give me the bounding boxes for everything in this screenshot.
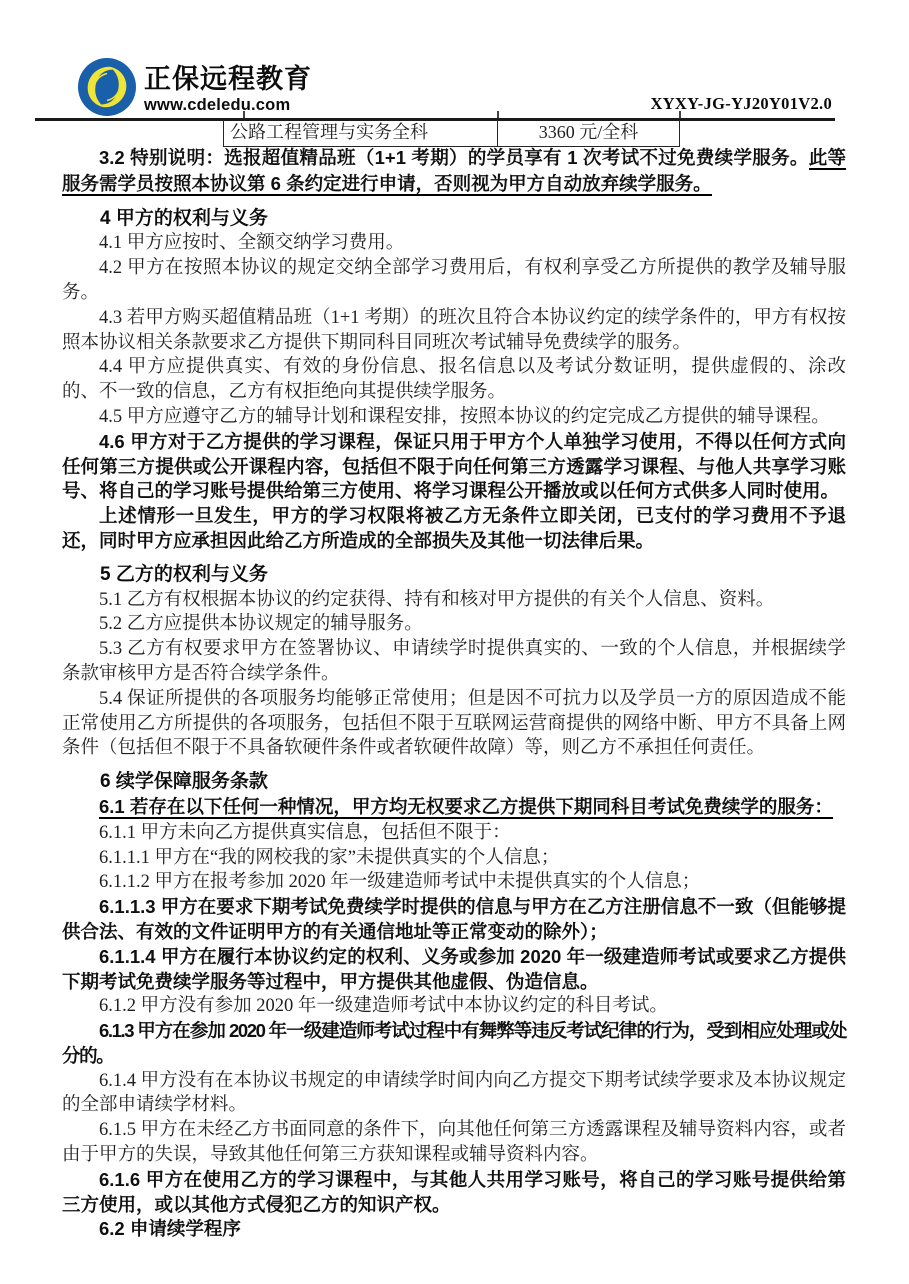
contract-clause: 6.1.1.2 甲方在报考参加 2020 年一级建造师考试中未提供真实的个人信息… [62,870,846,895]
text-run: 4.4 甲方应提供真实、有效的身份信息、报名信息以及考试分数证明，提供虚假的、涂… [62,357,846,402]
brand-logo: 正保远程教育 www.cdeledu.com [78,58,312,116]
text-run: 6.1.1.2 甲方在报考参加 2020 年一级建造师考试中未提供真实的个人信息… [99,872,700,892]
text-run: 6.2 申请续学程序 [99,1218,241,1239]
contract-clause: 6.1.1.1 甲方在“我的网校我的家”未提供真实的个人信息； [62,846,846,871]
contract-clause: 4.5 甲方应遵守乙方的辅导计划和课程安排，按照本协议的约定完成乙方提供的辅导课… [62,405,846,430]
contract-clause: 6.2 申请续学程序 [62,1217,846,1242]
page-number: 2 [0,1170,909,1190]
contract-clause: 6.1 若存在以下任何一种情况，甲方均无权要求乙方提供下期同科目考试免费续学的服… [62,795,846,821]
text-run: 5.4 保证所提供的各项服务均能够正常使用；但是因不可抗力以及学员一方的原因造成… [62,689,846,759]
price-table-row: 公路工程管理与实务全科 3360 元/全科 [223,120,680,147]
contract-clause: 6.1.2 甲方没有参加 2020 年一级建造师考试中本协议约定的科目考试。 [62,994,846,1019]
text-run: 6.1.1.3 甲方在要求下期考试免费续学时提供的信息与甲方在乙方注册信息不一致… [62,896,846,942]
text-run: 上述情形一旦发生，甲方的学习权限将被乙方无条件立即关闭，已支付的学习费用不予退还… [62,505,846,551]
text-run: 6.1.4 甲方没有在本协议书规定的申请续学时间内向乙方提交下期考试续学要求及本… [62,1071,846,1116]
contract-clause: 4.1 甲方应按时、全额交纳学习费用。 [62,231,846,256]
contract-clause: 5.1 乙方有权根据本协议的约定获得、持有和核对甲方提供的有关个人信息、资料。 [62,588,846,613]
contract-clause: 6.1.4 甲方没有在本协议书规定的申请续学时间内向乙方提交下期考试续学要求及本… [62,1069,846,1119]
contract-page: 正保远程教育 www.cdeledu.com XYXY-JG-YJ20Y01V2… [0,0,909,1284]
text-run: 6.1 若存在以下任何一种情况，甲方均无权要求乙方提供下期同科目考试免费续学的服… [99,796,833,819]
text-run: 3.2 特别说明：选报超值精品班（1+1 考期）的学员享有 1 次考试不过免费续… [99,147,809,168]
section-heading: 6 续学保障服务条款 [62,770,846,795]
text-run: 5.2 乙方应提供本协议规定的辅导服务。 [99,614,423,634]
text-run: 6 续学保障服务条款 [100,771,268,792]
contract-clause: 6.1.3 甲方在参加 2020 年一级建造师考试过程中有舞弊等违反考试纪律的行… [62,1019,846,1069]
text-run: 5.1 乙方有权根据本协议的约定获得、持有和核对甲方提供的有关个人信息、资料。 [99,590,774,610]
course-name-cell: 公路工程管理与实务全科 [224,120,498,146]
contract-clause: 3.2 特别说明：选报超值精品班（1+1 考期）的学员享有 1 次考试不过免费续… [62,146,846,198]
contract-clause: 6.1.1.4 甲方在履行本协议约定的权利、义务或参加 2020 年一级建造师考… [62,945,846,995]
brand-text-block: 正保远程教育 www.cdeledu.com [144,58,312,116]
text-run: 6.1.5 甲方在未经乙方书面同意的条件下，向其他任何第三方透露课程及辅导资料内… [62,1120,846,1165]
text-run: 4.6 甲方对于乙方提供的学习课程，保证只用于甲方个人单独学习使用，不得以任何方… [62,431,846,502]
text-run: 6.1.3 甲方在参加 2020 年一级建造师考试过程中有舞弊等违反考试纪律的行… [62,1020,846,1066]
text-run: 6.1.1 甲方未向乙方提供真实信息，包括但不限于： [99,823,511,843]
contract-clause: 4.4 甲方应提供真实、有效的身份信息、报名信息以及考试分数证明，提供虚假的、涂… [62,355,846,405]
text-run: 5.3 乙方有权要求甲方在签署协议、申请续学时提供真实的、一致的个人信息，并根据… [62,639,846,684]
section-heading: 5 乙方的权利与义务 [62,563,846,588]
text-run: 6.1.2 甲方没有参加 2020 年一级建造师考试中本协议约定的科目考试。 [99,996,668,1016]
contract-clause: 5.4 保证所提供的各项服务均能够正常使用；但是因不可抗力以及学员一方的原因造成… [62,687,846,761]
table-border-remnant [243,111,245,118]
text-run: 5 乙方的权利与义务 [100,564,268,585]
contract-clause: 6.1.1 甲方未向乙方提供真实信息，包括但不限于： [62,821,846,846]
text-run: 4.5 甲方应遵守乙方的辅导计划和课程安排，按照本协议的约定完成乙方提供的辅导课… [99,407,830,427]
contract-clause: 6.1.5 甲方在未经乙方书面同意的条件下，向其他任何第三方透露课程及辅导资料内… [62,1118,846,1168]
contract-clause: 5.2 乙方应提供本协议规定的辅导服务。 [62,612,846,637]
text-run: 4.1 甲方应按时、全额交纳学习费用。 [99,233,404,253]
course-price-cell: 3360 元/全科 [498,120,679,146]
table-border-remnant [679,111,681,118]
text-run: 4 甲方的权利与义务 [100,208,268,229]
text-run: 4.3 若甲方购买超值精品班（1+1 考期）的班次且符合本协议约定的续学条件的，… [62,308,846,353]
contract-clause: 上述情形一旦发生，甲方的学习权限将被乙方无条件立即关闭，已支付的学习费用不予退还… [62,504,846,554]
brand-website: www.cdeledu.com [144,94,312,116]
text-run: 6.1.1.1 甲方在“我的网校我的家”未提供真实的个人信息； [99,848,559,868]
contract-clause: 6.1.1.3 甲方在要求下期考试免费续学时提供的信息与甲方在乙方注册信息不一致… [62,895,846,945]
document-code: XYXY-JG-YJ20Y01V2.0 [650,94,832,114]
text-run: 6.1.1.4 甲方在履行本协议约定的权利、义务或参加 2020 年一级建造师考… [62,946,846,992]
contract-clause: 4.3 若甲方购买超值精品班（1+1 考期）的班次且符合本协议约定的续学条件的，… [62,306,846,356]
text-run: 4.2 甲方在按照本协议的规定交纳全部学习费用后，有权利享受乙方所提供的教学及辅… [62,258,846,303]
contract-clause: 5.3 乙方有权要求甲方在签署协议、申请续学时提供真实的、一致的个人信息，并根据… [62,637,846,687]
document-body: 3.2 特别说明：选报超值精品班（1+1 考期）的学员享有 1 次考试不过免费续… [62,146,846,1242]
section-heading: 4 甲方的权利与义务 [62,207,846,232]
contract-clause: 4.2 甲方在按照本协议的规定交纳全部学习费用后，有权利享受乙方所提供的教学及辅… [62,256,846,306]
brand-logo-icon [78,58,136,116]
contract-clause: 4.6 甲方对于乙方提供的学习课程，保证只用于甲方个人单独学习使用，不得以任何方… [62,430,846,504]
table-border-remnant [497,111,499,118]
brand-name: 正保远程教育 [144,64,312,94]
